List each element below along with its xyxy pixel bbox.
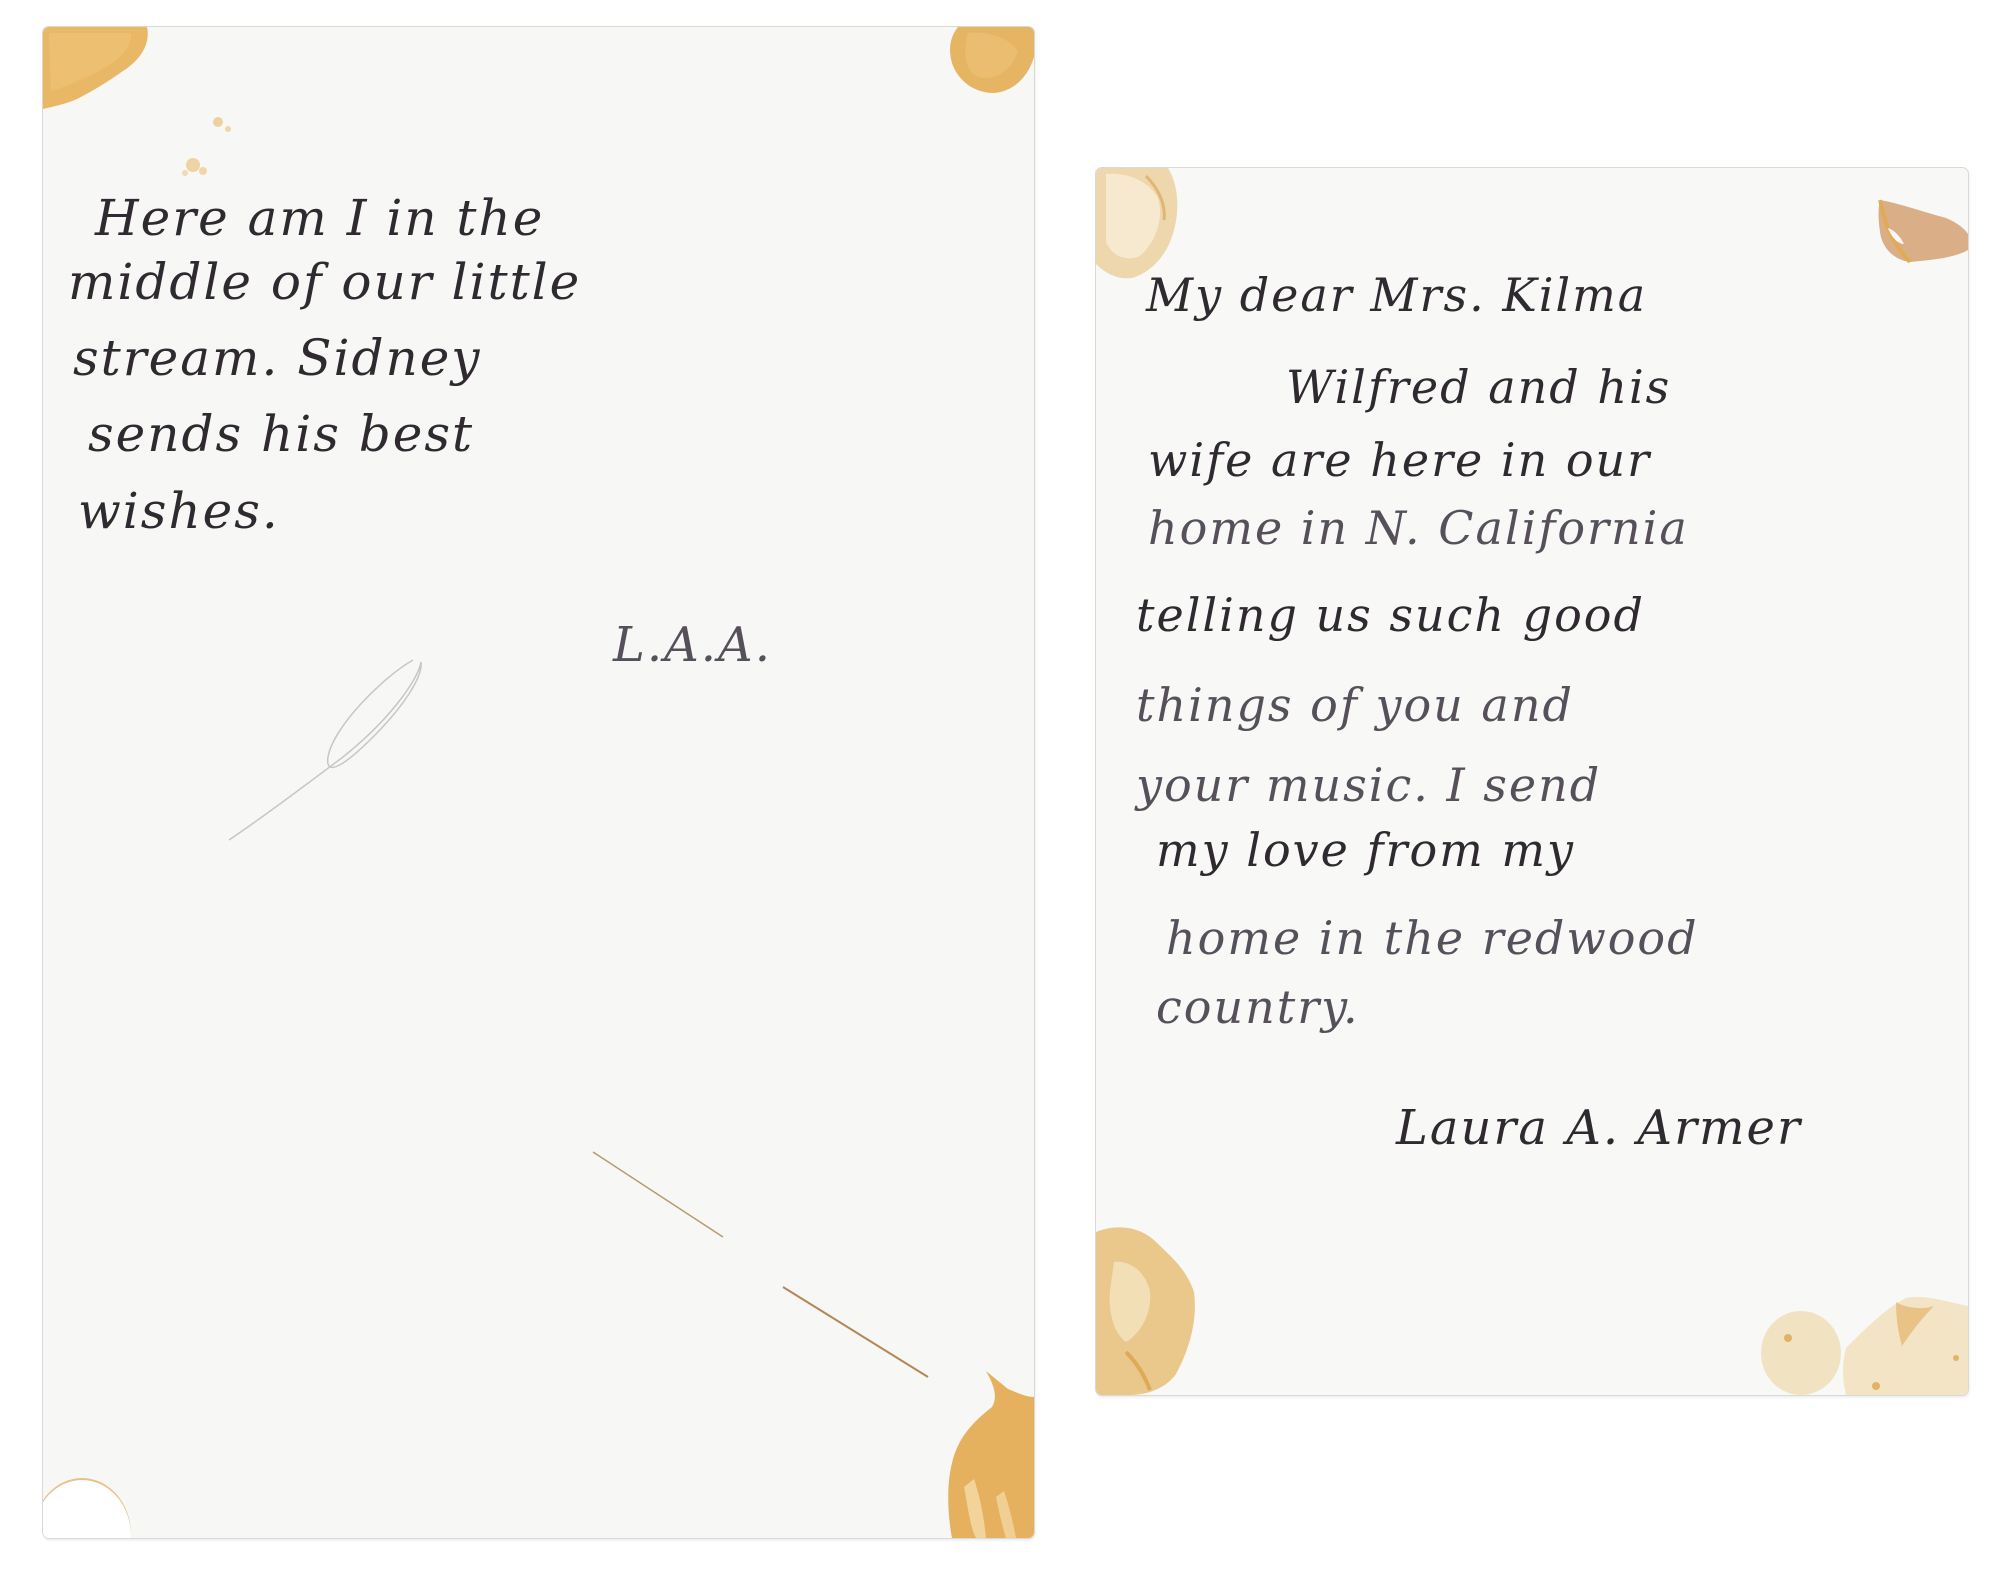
note-line: Here am I in the <box>95 189 544 247</box>
note-line: wishes. <box>78 482 280 540</box>
letter-line: things of you and <box>1136 678 1574 732</box>
letter-line: my love from my <box>1156 823 1575 877</box>
signature: Laura A. Armer <box>1396 1100 1802 1156</box>
stain-speckles <box>173 107 253 187</box>
stain-top-right-brown <box>1874 188 1968 264</box>
stain-top-right <box>948 27 1034 95</box>
letter-line: home in N. California <box>1148 501 1689 555</box>
left-note-card: Here am I in the middle of our little st… <box>43 27 1034 1538</box>
letter-line: Wilfred and his <box>1286 360 1671 414</box>
note-line: stream. Sidney <box>73 329 482 387</box>
letter-line: home in the redwood <box>1166 911 1699 965</box>
card-notch <box>43 1478 131 1538</box>
letter-line: telling us such good <box>1136 588 1645 642</box>
letter-line: wife are here in our <box>1148 433 1651 487</box>
stain-top-left <box>43 27 153 112</box>
note-line: sends his best <box>88 405 474 463</box>
stain-bottom-left <box>1096 1202 1198 1395</box>
signature-initials: L.A.A. <box>613 617 772 673</box>
note-line: middle of our little <box>68 253 581 311</box>
right-note-card: My dear Mrs. Kilma Wilfred and his wife … <box>1096 168 1968 1395</box>
stain-bottom-right <box>946 1367 1034 1538</box>
greeting-line: My dear Mrs. Kilma <box>1146 268 1647 322</box>
letter-line: your music. I send <box>1136 758 1601 812</box>
stain-bottom-right <box>1746 1258 1968 1395</box>
stain-top-left <box>1096 168 1180 280</box>
letter-line: country. <box>1156 980 1360 1034</box>
